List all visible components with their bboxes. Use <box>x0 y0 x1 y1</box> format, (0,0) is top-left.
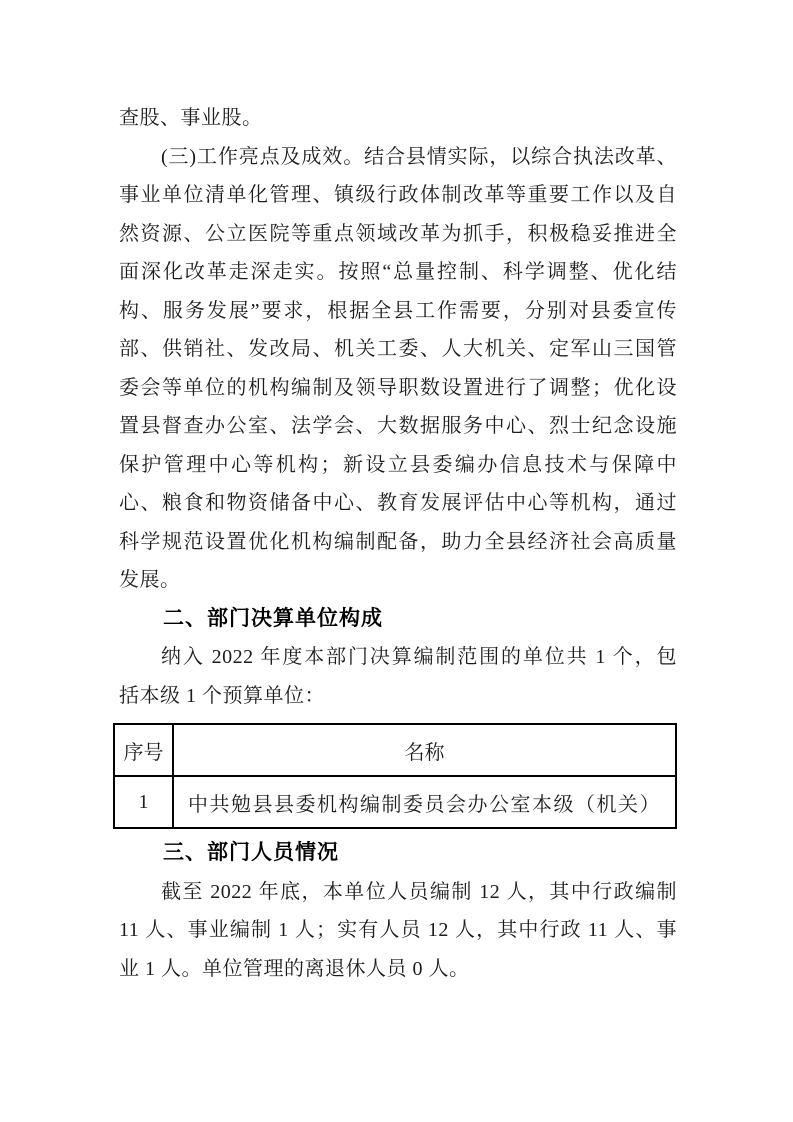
section-heading-budget-units: 二、部门决算单位构成 <box>119 600 677 639</box>
paragraph-line: (三)工作亮点及成效。结合县情实际，以综合执法改革、 <box>119 138 677 177</box>
paragraph-line: 构、服务发展”要求，根据全县工作需要，分别对县委宣传 <box>119 292 677 331</box>
paragraph-line: 心、粮食和物资储备中心、教育发展评估中心等机构，通过 <box>119 484 677 523</box>
paragraph-line: 置县督查办公室、法学会、大数据服务中心、烈士纪念设施 <box>119 407 677 446</box>
paragraph-line: 委会等单位的机构编制及领导职数设置进行了调整；优化设 <box>119 369 677 408</box>
paragraph-line: 查股、事业股。 <box>119 99 677 138</box>
paragraph-line: 截至 2022 年底，本单位人员编制 12 人，其中行政编制 <box>119 873 677 912</box>
paragraph-line: 业 1 人。单位管理的离退休人员 0 人。 <box>119 950 677 989</box>
paragraph-line: 面深化改革走深走实。按照“总量控制、科学调整、优化结 <box>119 253 677 292</box>
paragraph-line: 事业单位清单化管理、镇级行政体制改革等重要工作以及自 <box>119 176 677 215</box>
table-row: 1 中共勉县县委机构编制委员会办公室本级（机关） <box>114 776 676 828</box>
paragraph-line: 然资源、公立医院等重点领域改革为抓手，积极稳妥推进全 <box>119 215 677 254</box>
table-header-number: 序号 <box>114 724 173 776</box>
budget-units-table: 序号 名称 1 中共勉县县委机构编制委员会办公室本级（机关） <box>113 723 677 829</box>
table-header-name: 名称 <box>173 724 676 776</box>
table-cell-name: 中共勉县县委机构编制委员会办公室本级（机关） <box>173 776 676 828</box>
document-text-block: 查股、事业股。 (三)工作亮点及成效。结合县情实际，以综合执法改革、 事业单位清… <box>119 99 677 988</box>
paragraph-line: 保护管理中心等机构；新设立县委编办信息技术与保障中 <box>119 446 677 485</box>
paragraph-line: 发展。 <box>119 561 677 600</box>
paragraph-line: 科学规范设置优化机构编制配备，助力全县经济社会高质量 <box>119 523 677 562</box>
paragraph-line: 11 人、事业编制 1 人；实有人员 12 人，其中行政 11 人、事 <box>119 911 677 950</box>
paragraph-line: 纳入 2022 年度本部门决算编制范围的单位共 1 个，包 <box>119 638 677 677</box>
section-heading-personnel: 三、部门人员情况 <box>119 834 677 873</box>
document-page: 查股、事业股。 (三)工作亮点及成效。结合县情实际，以综合执法改革、 事业单位清… <box>0 0 793 1122</box>
paragraph-line: 括本级 1 个预算单位： <box>119 677 677 716</box>
table-cell-number: 1 <box>114 776 173 828</box>
table-header-row: 序号 名称 <box>114 724 676 776</box>
paragraph-line: 部、供销社、发改局、机关工委、人大机关、定军山三国管 <box>119 330 677 369</box>
